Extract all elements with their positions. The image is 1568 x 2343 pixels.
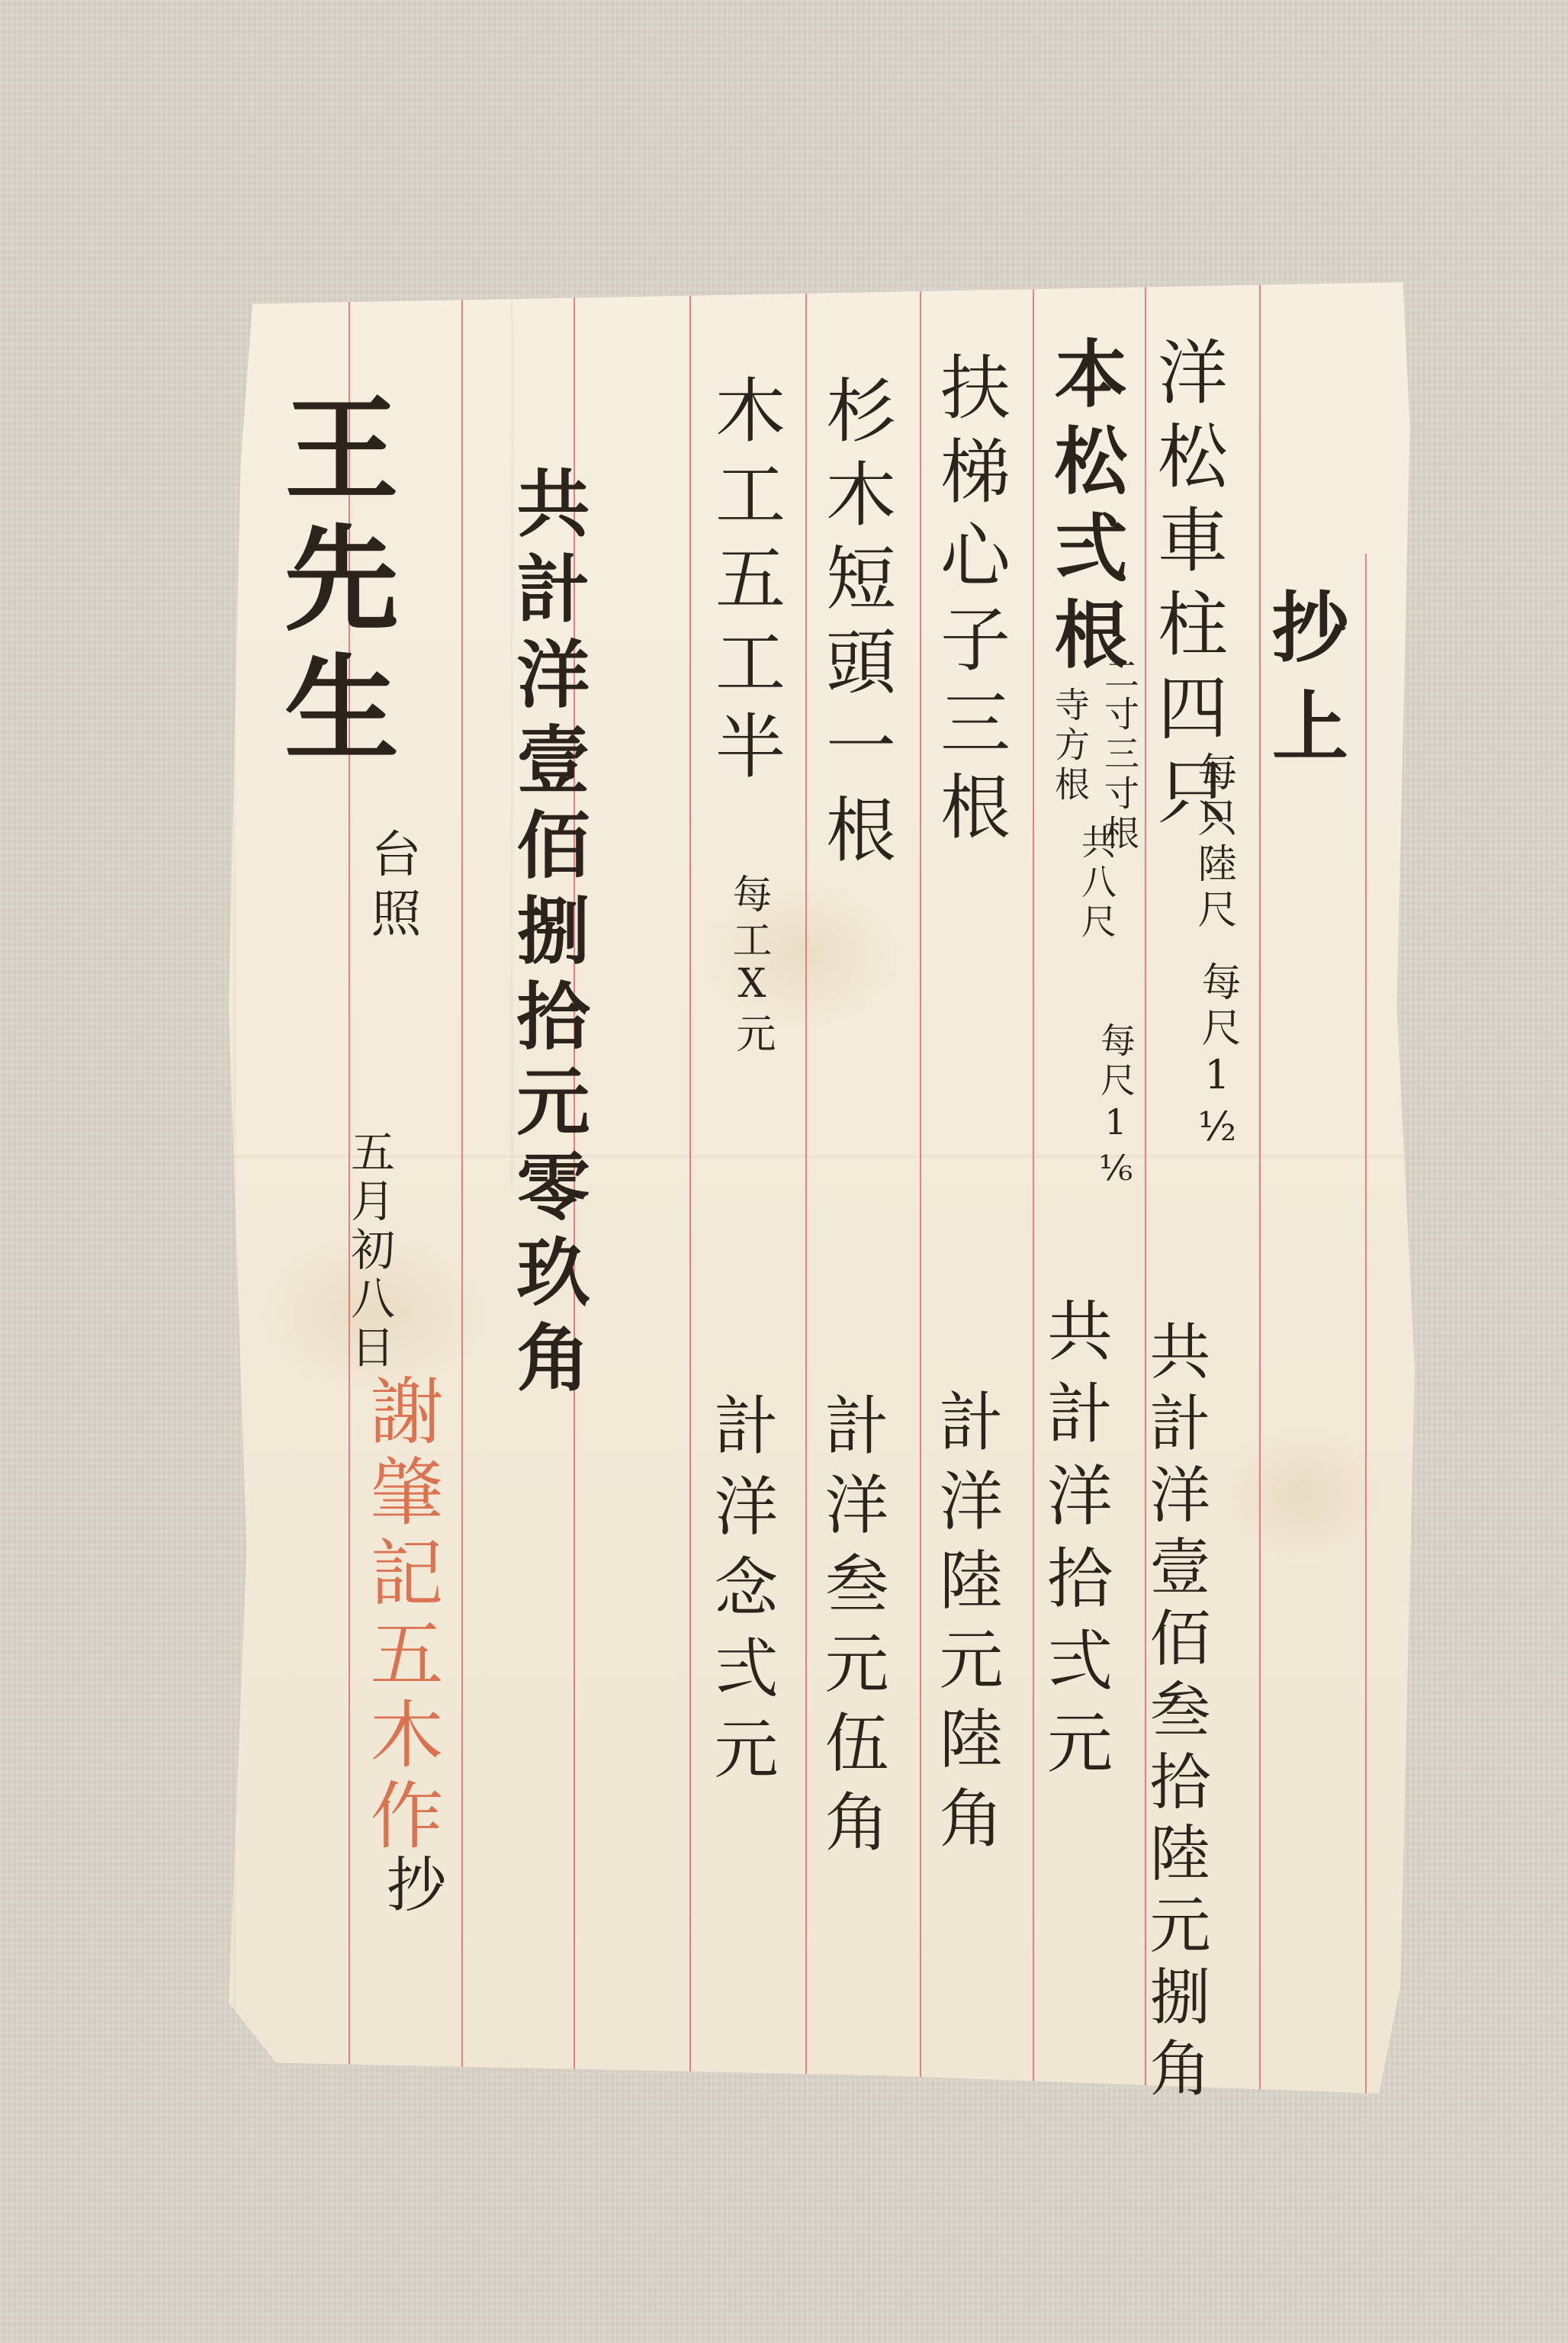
subtotal-line: 共計洋拾弍元 [1041, 1297, 1107, 1791]
item-name: 扶梯心子三根 [934, 351, 1004, 854]
item-note: 每尺1⅙ [1098, 1022, 1133, 1193]
recipient-name: 王先生 [275, 389, 389, 778]
ruled-line [920, 282, 921, 2094]
fold-line [233, 282, 238, 2094]
item-note: 共八尺 [1079, 824, 1114, 943]
item-note: 每工 [728, 873, 768, 965]
item-note: X元 [732, 961, 772, 1059]
item-name: 本松弍根 [1049, 336, 1122, 683]
heading-label: 抄上 [1266, 587, 1342, 786]
ruled-line [805, 282, 807, 2094]
subtotal-line: 計洋陸元陸角 [934, 1388, 998, 1864]
ruled-line [1365, 554, 1367, 2094]
subtotal-line: 計洋念弍元 [709, 1392, 773, 1796]
recipient-honorific: 台照 [366, 828, 416, 947]
ruled-line [689, 282, 691, 2094]
item-note: 寺方根 [1052, 686, 1088, 805]
item-note: 每尺1½ [1197, 961, 1237, 1156]
ruled-line [1259, 282, 1261, 2094]
subtotal-line: 計洋叁元伍角 [820, 1392, 884, 1868]
company-seal: 謝肇記五木作 [365, 1373, 438, 1858]
item-name: 杉木短頭一根 [820, 374, 890, 877]
ruled-line [461, 282, 463, 2094]
item-name: 木工五工半 [709, 374, 779, 793]
grand-total: 共計洋壹佰捌拾元零玖角 [511, 465, 584, 1405]
date: 五月初八日 [347, 1129, 391, 1373]
stain [1220, 1426, 1388, 1564]
item-note: 每只陸尺 [1194, 751, 1233, 934]
signature-suffix: 抄 [381, 1853, 441, 1927]
subtotal-line: 共計洋壹佰叁拾陸元捌角 [1144, 1319, 1205, 2108]
ruled-line [1033, 282, 1034, 2094]
